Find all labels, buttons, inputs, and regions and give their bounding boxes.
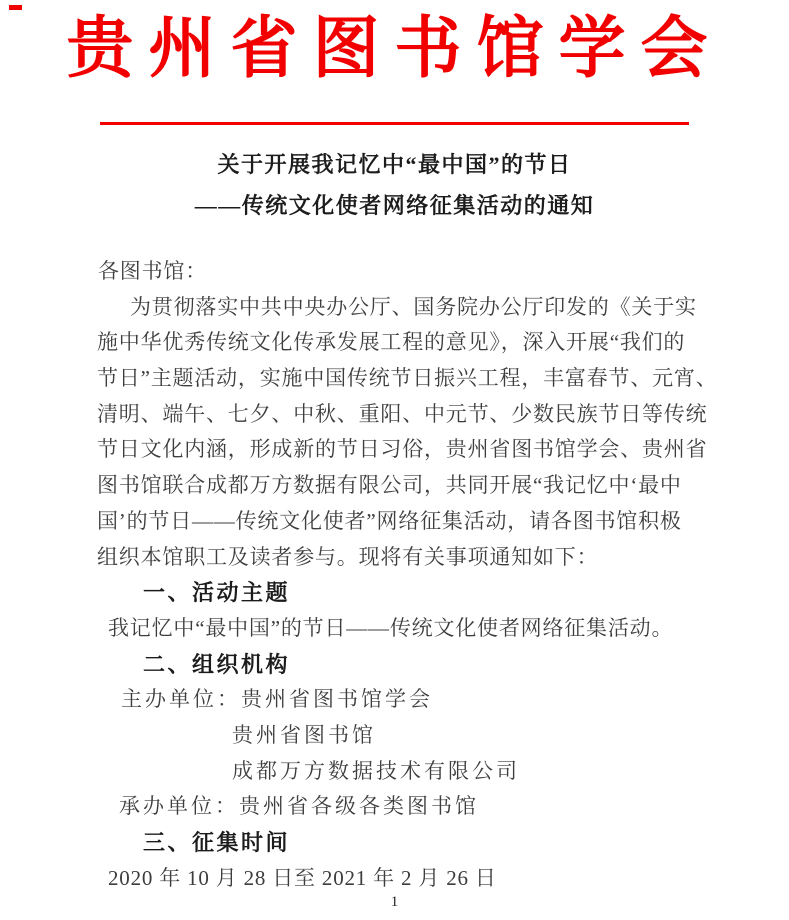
document-body: 各图书馆：为贯彻落实中共中央办公厅、国务院办公厅印发的《关于实施中华优秀传统文化… xyxy=(0,254,789,896)
organization-title: 贵州省图书馆学会 xyxy=(0,0,789,100)
section-heading: 三、征集时间 xyxy=(0,825,789,861)
document-title-line1: 关于开展我记忆中“最中国”的节日 xyxy=(0,144,789,185)
body-line: 为贯彻落实中共中央办公厅、国务院办公厅印发的《关于实 xyxy=(0,290,789,326)
header-divider-line xyxy=(100,122,689,125)
body-line: 成都万方数据技术有限公司 xyxy=(0,754,789,790)
body-line: 图书馆联合成都万方数据有限公司，共同开展“我记忆中‘最中 xyxy=(0,468,789,504)
section-heading: 一、活动主题 xyxy=(0,575,789,611)
document-title-line2: ——传统文化使者网络征集活动的通知 xyxy=(0,185,789,226)
body-line: 各图书馆： xyxy=(0,254,789,290)
document-page: 贵州省图书馆学会 关于开展我记忆中“最中国”的节日 ——传统文化使者网络征集活动… xyxy=(0,0,789,920)
body-line: 清明、端午、七夕、中秋、重阳、中元节、少数民族节日等传统 xyxy=(0,397,789,433)
body-line: 组织本馆职工及读者参与。现将有关事项通知如下： xyxy=(0,540,789,576)
body-line: 节日文化内涵，形成新的节日习俗，贵州省图书馆学会、贵州省 xyxy=(0,432,789,468)
section-heading: 二、组织机构 xyxy=(0,647,789,683)
body-line: 施中华优秀传统文化传承发展工程的意见》，深入开展“我们的 xyxy=(0,325,789,361)
body-line: 承办单位：贵州省各级各类图书馆 xyxy=(0,789,789,825)
body-line: 贵州省图书馆 xyxy=(0,718,789,754)
body-line: 主办单位：贵州省图书馆学会 xyxy=(0,682,789,718)
body-line: 节日”主题活动，实施中国传统节日振兴工程，丰富春节、元宵、 xyxy=(0,361,789,397)
body-line: 国’的节日——传统文化使者”网络征集活动，请各图书馆积极 xyxy=(0,504,789,540)
body-line: 我记忆中“最中国”的节日——传统文化使者网络征集活动。 xyxy=(0,611,789,647)
document-title: 关于开展我记忆中“最中国”的节日 ——传统文化使者网络征集活动的通知 xyxy=(0,144,789,226)
page-number: 1 xyxy=(0,894,789,911)
body-line: 2020 年 10 月 28 日至 2021 年 2 月 26 日 xyxy=(0,861,789,897)
